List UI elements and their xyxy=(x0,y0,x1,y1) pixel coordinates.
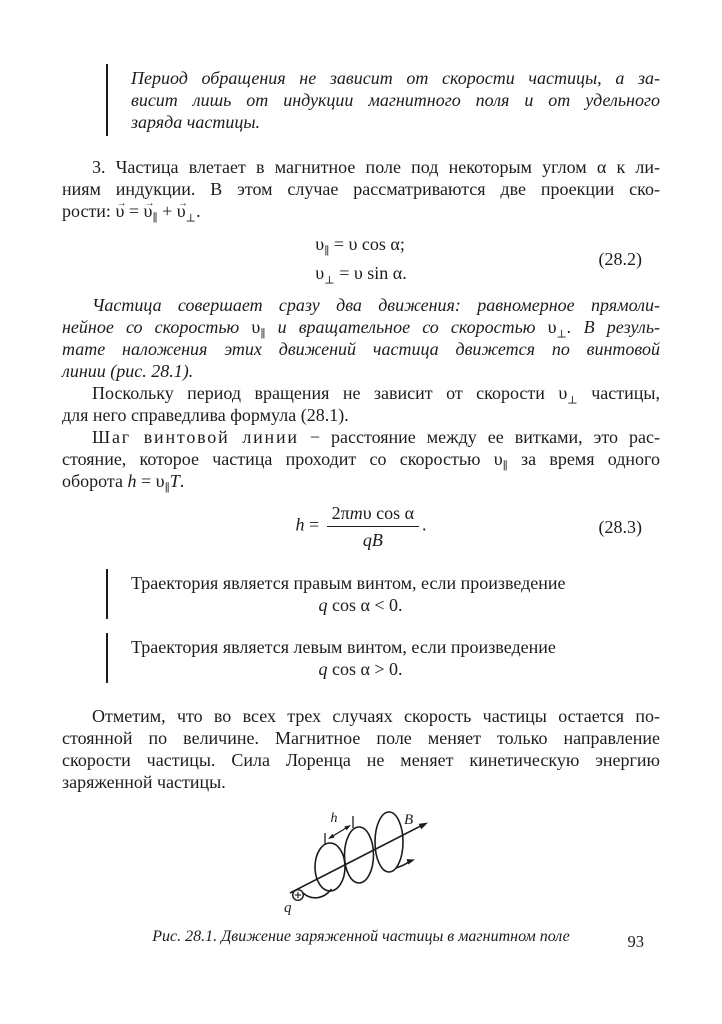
page-number: 93 xyxy=(628,932,645,952)
eq-28-2-line2: υ⊥ = υ sin α. xyxy=(315,259,406,288)
paragraph-period-formula: Поскольку период вращения не зависит от … xyxy=(62,382,660,426)
velocity-arrowhead xyxy=(407,859,415,864)
equation-number: (28.3) xyxy=(599,517,643,537)
paragraph-note: Отметим, что во всех трех случаях скорос… xyxy=(62,705,660,793)
text-line: заряженной частицы. xyxy=(62,771,660,793)
text-line: Шаг винтовой линии − расстояние между ее… xyxy=(62,426,660,448)
equation-number: (28.2) xyxy=(599,249,643,269)
equation-28-3: h = 2πmυ cos α qB . (28.3) xyxy=(62,502,660,551)
page-content: Период обращения не зависит от скорости … xyxy=(62,64,660,947)
key-statement-right-screw: Траектория является правым винтом, если … xyxy=(106,569,660,619)
equation-body: υ∥ = υ cos α; υ⊥ = υ sin α. xyxy=(315,230,406,288)
paragraph-angle-entry: 3. Частица влетает в магнитное поле под … xyxy=(62,156,660,222)
key-statement-period: Период обращения не зависит от скорости … xyxy=(106,64,660,136)
text-line: нейное со скоростью υ∥ и вращательное со… xyxy=(62,316,660,338)
text-line: рости: υ = υ∥ + υ⊥. xyxy=(62,200,660,222)
eq-28-3-lhs: h = xyxy=(295,515,319,535)
eq-28-2-line1: υ∥ = υ cos α; xyxy=(315,230,406,259)
charge-marker xyxy=(293,890,304,901)
key-statement-left-screw: Траектория является левым винтом, если п… xyxy=(106,633,660,683)
text-line: оборота h = υ∥T. xyxy=(62,470,660,492)
text-line: 3. Частица влетает в магнитное поле под … xyxy=(62,156,660,178)
text-line: Период обращения не зависит от скорости … xyxy=(131,67,660,89)
text-line: стояние, которое частица проходит со ско… xyxy=(62,448,660,470)
inline-formula: q cos α > 0. xyxy=(131,658,660,680)
pitch-label: h xyxy=(331,811,338,826)
charge-label: q xyxy=(284,900,292,916)
text-line: Частица совершает сразу два движения: ра… xyxy=(62,294,660,316)
textbook-page: Период обращения не зависит от скорости … xyxy=(0,0,722,1024)
eq-28-3-period: . xyxy=(422,515,427,535)
helix-motion-diagram: h B q xyxy=(280,803,442,919)
equation-28-2: υ∥ = υ cos α; υ⊥ = υ sin α. (28.2) xyxy=(62,230,660,288)
paragraph-two-motions: Частица совершает сразу два движения: ра… xyxy=(62,294,660,382)
axis-arrowhead xyxy=(419,823,428,830)
text-line: Поскольку период вращения не зависит от … xyxy=(62,382,660,404)
text-line: тате наложения этих движений частица дви… xyxy=(62,338,660,360)
text-line: Траектория является правым винтом, если … xyxy=(131,572,660,594)
text-line: заряда частицы. xyxy=(131,111,660,133)
pitch-dimension-arrow xyxy=(325,816,353,844)
helix-curve xyxy=(303,812,415,898)
text-line: висит лишь от индукции магнитного поля и… xyxy=(131,89,660,111)
field-label: B xyxy=(404,812,413,828)
fraction-denominator: qB xyxy=(327,527,419,551)
text-line: для него справедлива формула (28.1). xyxy=(62,404,660,426)
fraction: 2πmυ cos α qB xyxy=(327,502,419,551)
figure-caption: Рис. 28.1. Движение заряженной частицы в… xyxy=(62,927,660,947)
text-line: стоянной по величине. Магнитное поле мен… xyxy=(62,727,660,749)
text-line: скорости частицы. Сила Лоренца не меняет… xyxy=(62,749,660,771)
inline-formula: q cos α < 0. xyxy=(131,594,660,616)
text-line: Отметим, что во всех трех случаях скорос… xyxy=(62,705,660,727)
figure-28-1: h B q xyxy=(280,803,442,919)
text-line: Траектория является левым винтом, если п… xyxy=(131,636,660,658)
text-line: линии (рис. 28.1). xyxy=(62,360,660,382)
paragraph-helix-pitch: Шаг винтовой линии − расстояние между ее… xyxy=(62,426,660,492)
fraction-numerator: 2πmυ cos α xyxy=(327,502,419,527)
